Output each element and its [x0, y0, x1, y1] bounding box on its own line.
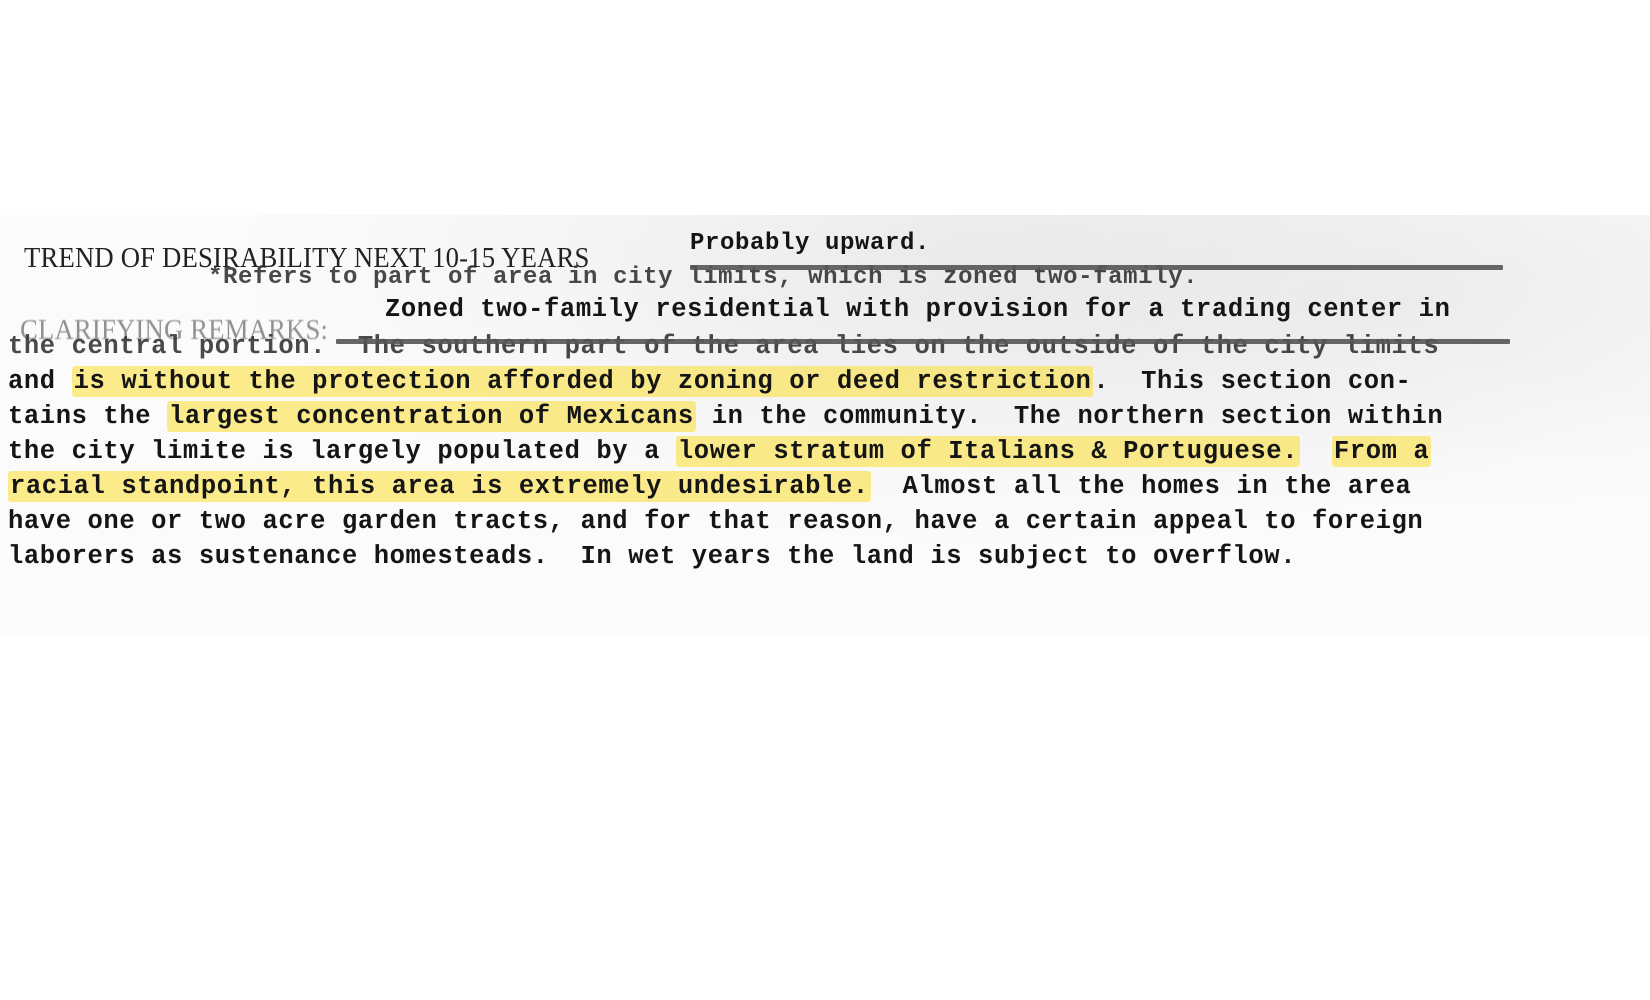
- remarks-line-1: Zoned two-family residential with provis…: [385, 295, 1450, 325]
- remarks-line-7: have one or two acre garden tracts, and …: [8, 507, 1423, 537]
- overlay-rule-top: [690, 265, 1503, 270]
- text-segment: the city limite is largely populated by …: [8, 437, 676, 466]
- text-segment: the central portion. The southern part o…: [8, 332, 1439, 361]
- highlighted-text: From a: [1332, 436, 1431, 467]
- overlay-rule-bottom: [336, 339, 1510, 344]
- text-segment: tains the: [8, 402, 167, 431]
- remarks-line-4: tains the largest concentration of Mexic…: [8, 402, 1443, 432]
- remarks-line-3: and is without the protection afforded b…: [8, 367, 1411, 397]
- highlighted-text: lower stratum of Italians & Portuguese.: [676, 436, 1300, 467]
- scanned-document: TREND OF DESIRABILITY NEXT 10-15 YEARS P…: [0, 215, 1650, 635]
- remarks-line-2: the central portion. The southern part o…: [8, 332, 1439, 362]
- highlighted-text: racial standpoint, this area is extremel…: [8, 471, 871, 502]
- text-segment: have one or two acre garden tracts, and …: [8, 507, 1423, 536]
- text-segment: laborers as sustenance homesteads. In we…: [8, 542, 1296, 571]
- text-segment: . This section con-: [1093, 367, 1411, 396]
- text-segment: Almost all the homes in the area: [871, 472, 1412, 501]
- text-segment: and: [8, 367, 72, 396]
- highlighted-text: is without the protection afforded by zo…: [72, 366, 1094, 397]
- remarks-line-5: the city limite is largely populated by …: [8, 437, 1431, 467]
- text-segment: Zoned two-family residential with provis…: [385, 295, 1450, 324]
- text-segment: [1300, 437, 1332, 466]
- remarks-line-6: racial standpoint, this area is extremel…: [8, 472, 1411, 502]
- highlighted-text: largest concentration of Mexicans: [167, 401, 696, 432]
- remarks-line-8: laborers as sustenance homesteads. In we…: [8, 542, 1296, 572]
- trend-value: Probably upward.: [690, 229, 930, 259]
- text-segment: in the community. The northern section w…: [696, 402, 1443, 431]
